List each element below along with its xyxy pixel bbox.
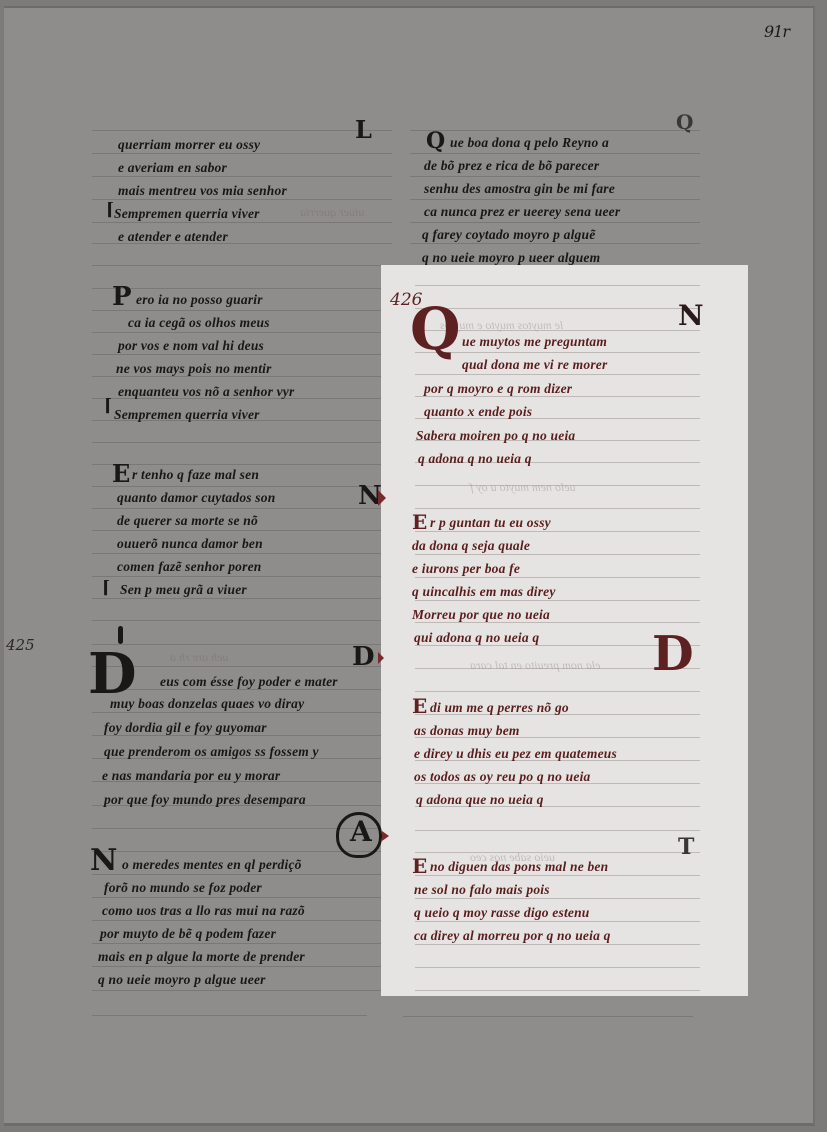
cue-letter: L xyxy=(355,118,372,142)
verse-line: ero ia no posso guarir xyxy=(136,288,294,311)
cue-letter: N xyxy=(678,302,704,330)
verse-line: no diguen das pons mal ne ben xyxy=(430,855,611,878)
verse-line: e nas mandaria por eu y morar xyxy=(102,764,338,787)
verse-line: comen fazẽ senhor poren xyxy=(117,555,275,578)
folio-number: 91r xyxy=(764,22,789,41)
verse-line: ca direy al morreu por q no ueia q xyxy=(414,924,611,947)
right-stanza-3: r p guntan tu eu ossy da dona q seja qua… xyxy=(430,511,556,649)
verse-line: da dona q seja quale xyxy=(412,534,556,557)
verse-line: as donas muy bem xyxy=(414,719,617,742)
cue-letter: Q xyxy=(676,112,693,132)
verse-line: ne sol no falo mais pois xyxy=(414,878,611,901)
show-through-text: ela nom preuito en tal cara xyxy=(470,658,601,673)
cue-arrow-icon xyxy=(378,652,384,664)
cue-letter-D-large: D xyxy=(652,630,694,678)
verse-line: e averiam en sabor xyxy=(118,156,287,179)
verse-line: Sempremen querria viver xyxy=(114,403,294,426)
show-through-text: ueh are rh a xyxy=(170,650,228,665)
verse-line: por muyto de bẽ q podem fazer xyxy=(100,922,305,945)
verse-line: mais mentreu vos mia senhor xyxy=(118,179,287,202)
cue-arrow-icon xyxy=(382,831,389,841)
paragraph-mark-icon: ⌈ xyxy=(106,200,114,220)
cue-letter: T xyxy=(678,836,694,858)
verse-line: Morreu por que no ueia xyxy=(412,603,556,626)
initial-letter-E: E xyxy=(412,856,427,876)
verse-line: foy dordia gil e foy guyomar xyxy=(104,716,338,739)
verse-line: de bõ prez e rica de bõ parecer xyxy=(424,154,620,177)
verse-line: ouuerõ nunca damor ben xyxy=(117,532,275,555)
show-through-text: uiuer querria xyxy=(300,205,364,220)
verse-line: ne vos mays pois no mentir xyxy=(116,357,294,380)
verse-line: q no ueie moyro p ueer alguem xyxy=(422,246,620,269)
verse-line: quanto x ende pois xyxy=(424,400,607,423)
verse-line: q uincalhis em mas direy xyxy=(412,580,556,603)
verse-line: por vos e nom val hi deus xyxy=(118,334,294,357)
verse-line: ue muytos me preguntam xyxy=(462,330,607,353)
verse-line: r tenho q faze mal sen xyxy=(132,463,275,486)
verse-line: eus com ésse foy poder e mater xyxy=(160,670,338,693)
verse-line: q adona q no ueia q xyxy=(418,447,607,470)
left-stanza-2: ero ia no posso guarir ca ia cegã os olh… xyxy=(136,288,294,426)
right-stanza-5: no diguen das pons mal ne ben ne sol no … xyxy=(430,855,611,947)
verse-line: por que foy mundo pres desempara xyxy=(104,788,338,811)
verse-line: quanto damor cuytados son xyxy=(117,486,275,509)
verse-line: Sen p meu grã a viuer xyxy=(120,578,275,601)
verse-line: e direy u dhis eu pez em quatemeus xyxy=(414,742,617,765)
initial-letter-E: E xyxy=(412,512,427,532)
left-stanza-3: r tenho q faze mal sen quanto damor cuyt… xyxy=(132,463,275,601)
left-stanza-5: o meredes mentes en ql perdiçõ forõ no m… xyxy=(122,853,305,991)
show-through-text: uelo nem muyto u oy f xyxy=(470,480,576,495)
right-stanza-1: ue boa dona q pelo Reyno a de bõ prez e … xyxy=(450,131,620,269)
margin-number-425: 425 xyxy=(6,636,35,654)
initial-letter-N: N xyxy=(90,846,117,876)
verse-line: q adona que no ueia q xyxy=(416,788,617,811)
verse-line: q ueio q moy rasse digo estenu xyxy=(414,901,611,924)
paragraph-mark-icon: ⌈ xyxy=(104,396,112,416)
verse-line: qual dona me vi re morer xyxy=(462,353,607,376)
verse-line: que prenderom os amigos ss fossem y xyxy=(104,740,338,763)
left-stanza-4: eus com ésse foy poder e mater muy boas … xyxy=(160,674,338,812)
left-stanza-1: querriam morrer eu ossy e averiam en sab… xyxy=(118,133,287,248)
verse-line: qui adona q no ueia q xyxy=(414,626,556,649)
verse-line: ue boa dona q pelo Reyno a xyxy=(450,131,620,154)
verse-line: forõ no mundo se foz poder xyxy=(104,876,305,899)
cue-letter: D xyxy=(352,644,375,670)
verse-line: Sabera moiren po q no ueia xyxy=(416,424,607,447)
initial-letter-E: E xyxy=(112,462,130,486)
cue-arrow-icon xyxy=(378,490,386,506)
verse-line: ca nunca prez er ueerey sena ueer xyxy=(424,200,620,223)
verse-line: ca ia cegã os olhos meus xyxy=(128,311,294,334)
verse-line: por q moyro e q rom dizer xyxy=(424,377,607,400)
verse-line: mais en p algue la morte de prender xyxy=(98,945,305,968)
verse-line: de querer sa morte se nõ xyxy=(117,509,275,532)
initial-letter-E: E xyxy=(412,696,427,716)
cue-letter: A xyxy=(350,818,372,846)
verse-line: os todos as oy reu po q no ueia xyxy=(414,765,617,788)
right-stanza-2: ue muytos me preguntam qual dona me vi r… xyxy=(462,332,607,470)
verse-line: querriam morrer eu ossy xyxy=(118,133,287,156)
initial-letter-Q-large: Q xyxy=(410,300,461,358)
verse-line: o meredes mentes en ql perdiçõ xyxy=(122,853,305,876)
paragraph-mark-icon: ⌈ xyxy=(102,578,110,598)
verse-line: q no ueie moyro p algue ueer xyxy=(98,968,305,991)
initial-letter-Q: Q xyxy=(426,130,445,152)
verse-line: enquanteu vos nõ a senhor vyr xyxy=(118,380,294,403)
verse-line: muy boas donzelas quaes vo diray xyxy=(110,692,338,715)
verse-line: r p guntan tu eu ossy xyxy=(430,511,556,534)
verse-line: senhu des amostra gin be mi fare xyxy=(424,177,620,200)
verse-line: e atender e atender xyxy=(118,225,287,248)
verse-line: como uos tras a llo ras mui na razõ xyxy=(102,899,305,922)
verse-line: q farey coytado moyro p alguẽ xyxy=(422,223,620,246)
verse-line: e iurons per boa fe xyxy=(412,557,556,580)
verse-line: di um me q perres nõ go xyxy=(430,696,617,719)
initial-letter-P: P xyxy=(112,284,132,310)
verse-line: Sempremen querria viver xyxy=(114,202,287,225)
right-stanza-4: di um me q perres nõ go as donas muy bem… xyxy=(430,696,617,811)
